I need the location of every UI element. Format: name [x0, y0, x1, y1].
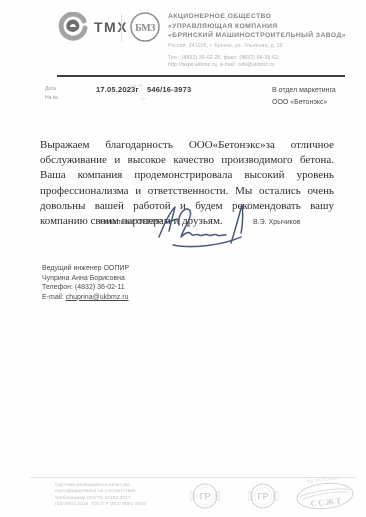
stamp-monogram-text: ГР: [257, 492, 268, 502]
certification-line: сертифицирована на соответствие: [55, 488, 146, 494]
certification-line: ISO 9001:2015, ГОСТ Р ИСО 9001-2015: [55, 501, 146, 507]
stamp-oval-label: ССЖТ: [310, 495, 343, 508]
email-link[interactable]: chuprina@ukbmz.ru: [66, 294, 129, 301]
executor-phone: Телефон: (4832) 36-02-11: [42, 283, 129, 293]
bmz-logo-icon: БМЗ: [129, 11, 161, 43]
date-label: Дата: [45, 86, 56, 92]
company-name-line: АКЦИОНЕРНОЕ ОБЩЕСТВО: [168, 12, 343, 22]
company-name-line: «БРЯНСКИЙ МАШИНОСТРОИТЕЛЬНЫЙ ЗАВОД»: [168, 31, 343, 41]
recipient-block: В отдел маркетинга ООО «Бетонэкс»: [272, 85, 336, 109]
quality-certification-note: Система менеджмента качества сертифициро…: [55, 482, 146, 507]
company-contacts: Тел.: (4832) 36-02-20, факс: (4832) 68-3…: [168, 55, 280, 69]
executor-email-row: E-mail: chuprina@ukbmz.ru: [42, 293, 129, 303]
on-number-label: На №: [45, 95, 58, 101]
stamp-monogram-text: ГР: [199, 492, 210, 502]
executor-contact-block: Ведущий инженер ООПИР Чуприна Анна Борис…: [42, 264, 129, 302]
company-name-block: АКЦИОНЕРНОЕ ОБЩЕСТВО «УПРАВЛЯЮЩАЯ КОМПАН…: [168, 12, 343, 41]
letter-number: 546/16-3973: [147, 85, 191, 94]
recipient-company: ООО «Бетонэкс»: [272, 97, 336, 109]
signer-name: В.Э. Хрычиков: [253, 219, 300, 226]
company-web-email: http://www.ukbmz.ru, e-mail: odo@ukbmz.r…: [168, 62, 280, 69]
email-label: E-mail:: [42, 294, 66, 301]
from-label: от: [141, 96, 145, 101]
company-name-line: «УПРАВЛЯЮЩАЯ КОМПАНИЯ: [168, 22, 343, 32]
out-number-label: исх. №: [130, 82, 143, 88]
sszht-oval-stamp-icon: СВ ИСО 9001 ССЖТ: [292, 472, 358, 514]
bmz-logo-text: БМЗ: [135, 23, 155, 34]
tmx-logo-text: ТМХ: [94, 19, 128, 35]
certification-stamp-icon: ГР: [190, 480, 220, 512]
company-phone-fax: Тел.: (4832) 36-02-20, факс: (4832) 68-3…: [168, 55, 280, 62]
executor-name: Чуприна Анна Борисовна: [42, 274, 129, 284]
header-divider-rule: [57, 75, 345, 77]
company-address: Россия, 241035, г. Брянск, ул. Ульянова,…: [168, 43, 283, 49]
recipient-department: В отдел маркетинга: [272, 85, 336, 97]
tmx-logo-icon: [58, 12, 88, 42]
handwritten-signature: [153, 197, 253, 249]
header-logo-divider: [121, 13, 122, 42]
certification-stamp-icon: ГР: [248, 480, 278, 512]
stamp-arc-text: СВ ИСО 9001: [306, 475, 340, 483]
executor-position: Ведущий инженер ООПИР: [42, 264, 129, 274]
scanned-letter-page: ТМХ БМЗ АКЦИОНЕРНОЕ ОБЩЕСТВО «УПРАВЛЯЮЩА…: [0, 0, 366, 517]
